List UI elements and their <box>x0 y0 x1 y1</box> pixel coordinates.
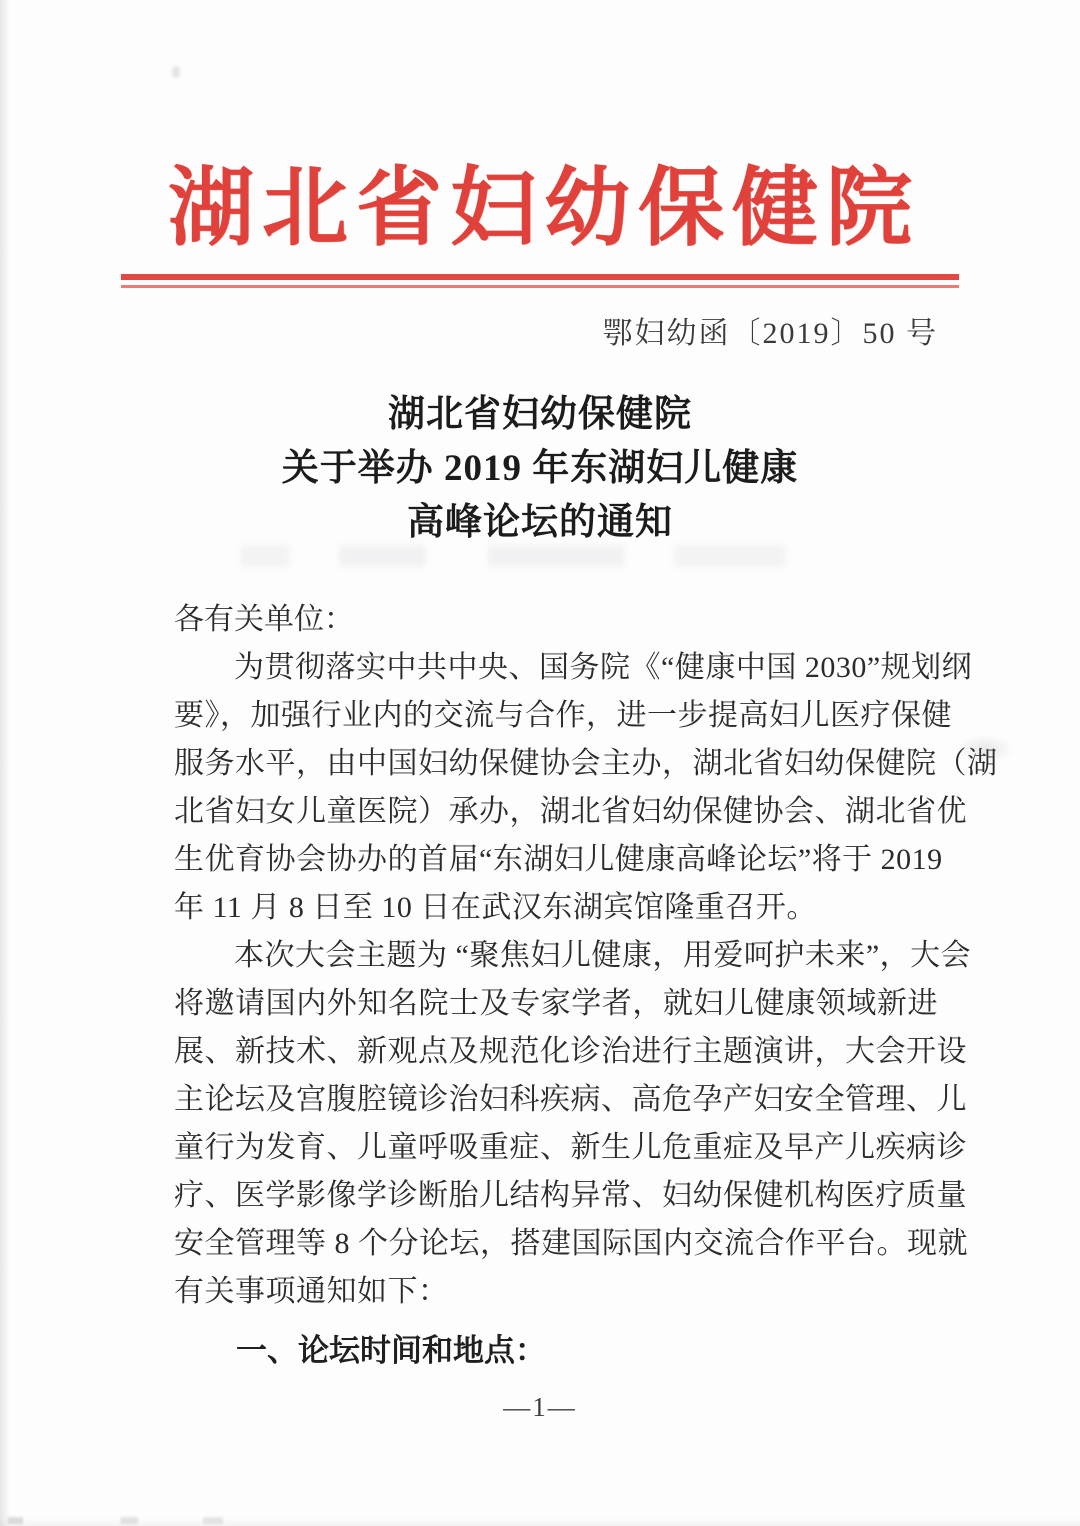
salutation: 各有关单位： <box>174 596 938 644</box>
separator-thin-line <box>121 285 959 288</box>
body-line: 要》，加强行业内的交流与合作，进一步提高妇儿医疗保健 <box>174 692 938 740</box>
body-line: 主论坛及宫腹腔镜诊治妇科疾病、高危孕产妇安全管理、儿 <box>174 1076 938 1124</box>
document-reference-number: 鄂妇幼函〔2019〕50 号 <box>0 314 1080 354</box>
notice-body: 各有关单位： 为贯彻落实中共中央、国务院《“健康中国 2030”规划纲 要》，加… <box>174 596 938 1376</box>
body-line: 本次大会主题为 “聚焦妇儿健康，用爱呵护未来”，大会 <box>174 932 938 980</box>
separator-thick-line <box>121 274 959 280</box>
body-line: 服务水平，由中国妇幼保健协会主办，湖北省妇幼保健院（湖 <box>174 740 938 788</box>
page-number: —1— <box>0 1392 1080 1423</box>
body-line: 为贯彻落实中共中央、国务院《“健康中国 2030”规划纲 <box>174 644 938 692</box>
paragraph-2: 本次大会主题为 “聚焦妇儿健康，用爱呵护未来”，大会 将邀请国内外知名院士及专家… <box>174 932 938 1316</box>
notice-title-line-1: 湖北省妇幼保健院 <box>0 388 1080 442</box>
notice-title: 湖北省妇幼保健院 关于举办 2019 年东湖妇儿健康 高峰论坛的通知 <box>0 388 1080 550</box>
letterhead-separator <box>121 274 959 288</box>
scan-bottom-marks-artifact <box>8 1517 258 1524</box>
notice-title-line-2: 关于举办 2019 年东湖妇儿健康 <box>0 442 1080 496</box>
body-line: 童行为发育、儿童呼吸重症、新生儿危重症及早产儿疾病诊 <box>174 1124 938 1172</box>
scanned-notice-page: 湖北省妇幼保健院 鄂妇幼函〔2019〕50 号 湖北省妇幼保健院 关于举办 20… <box>0 0 1080 1526</box>
paragraph-1: 为贯彻落实中共中央、国务院《“健康中国 2030”规划纲 要》，加强行业内的交流… <box>174 644 938 932</box>
body-line: 北省妇女儿童医院）承办，湖北省妇幼保健协会、湖北省优 <box>174 788 938 836</box>
notice-title-line-3: 高峰论坛的通知 <box>0 496 1080 550</box>
scan-edge-shadow-bottom <box>0 1518 1080 1526</box>
section-heading-forum-time-location: 一、论坛时间和地点： <box>174 1326 938 1376</box>
body-line: 生优育协会协办的首届“东湖妇儿健康高峰论坛”将于 2019 <box>174 836 938 884</box>
body-line: 展、新技术、新观点及规范化诊治进行主题演讲，大会开设 <box>174 1028 938 1076</box>
body-line: 安全管理等 8 个分论坛，搭建国际国内交流合作平台。现就 <box>174 1220 938 1268</box>
body-line: 疗、医学影像学诊断胎儿结构异常、妇幼保健机构医疗质量 <box>174 1172 938 1220</box>
body-line: 将邀请国内外知名院士及专家学者，就妇儿健康领域新进 <box>174 980 938 1028</box>
body-line: 年 11 月 8 日至 10 日在武汉东湖宾馆隆重召开。 <box>174 884 938 932</box>
letterhead-title: 湖北省妇幼保健院 <box>0 0 1080 258</box>
body-line: 有关事项通知如下： <box>174 1268 938 1316</box>
